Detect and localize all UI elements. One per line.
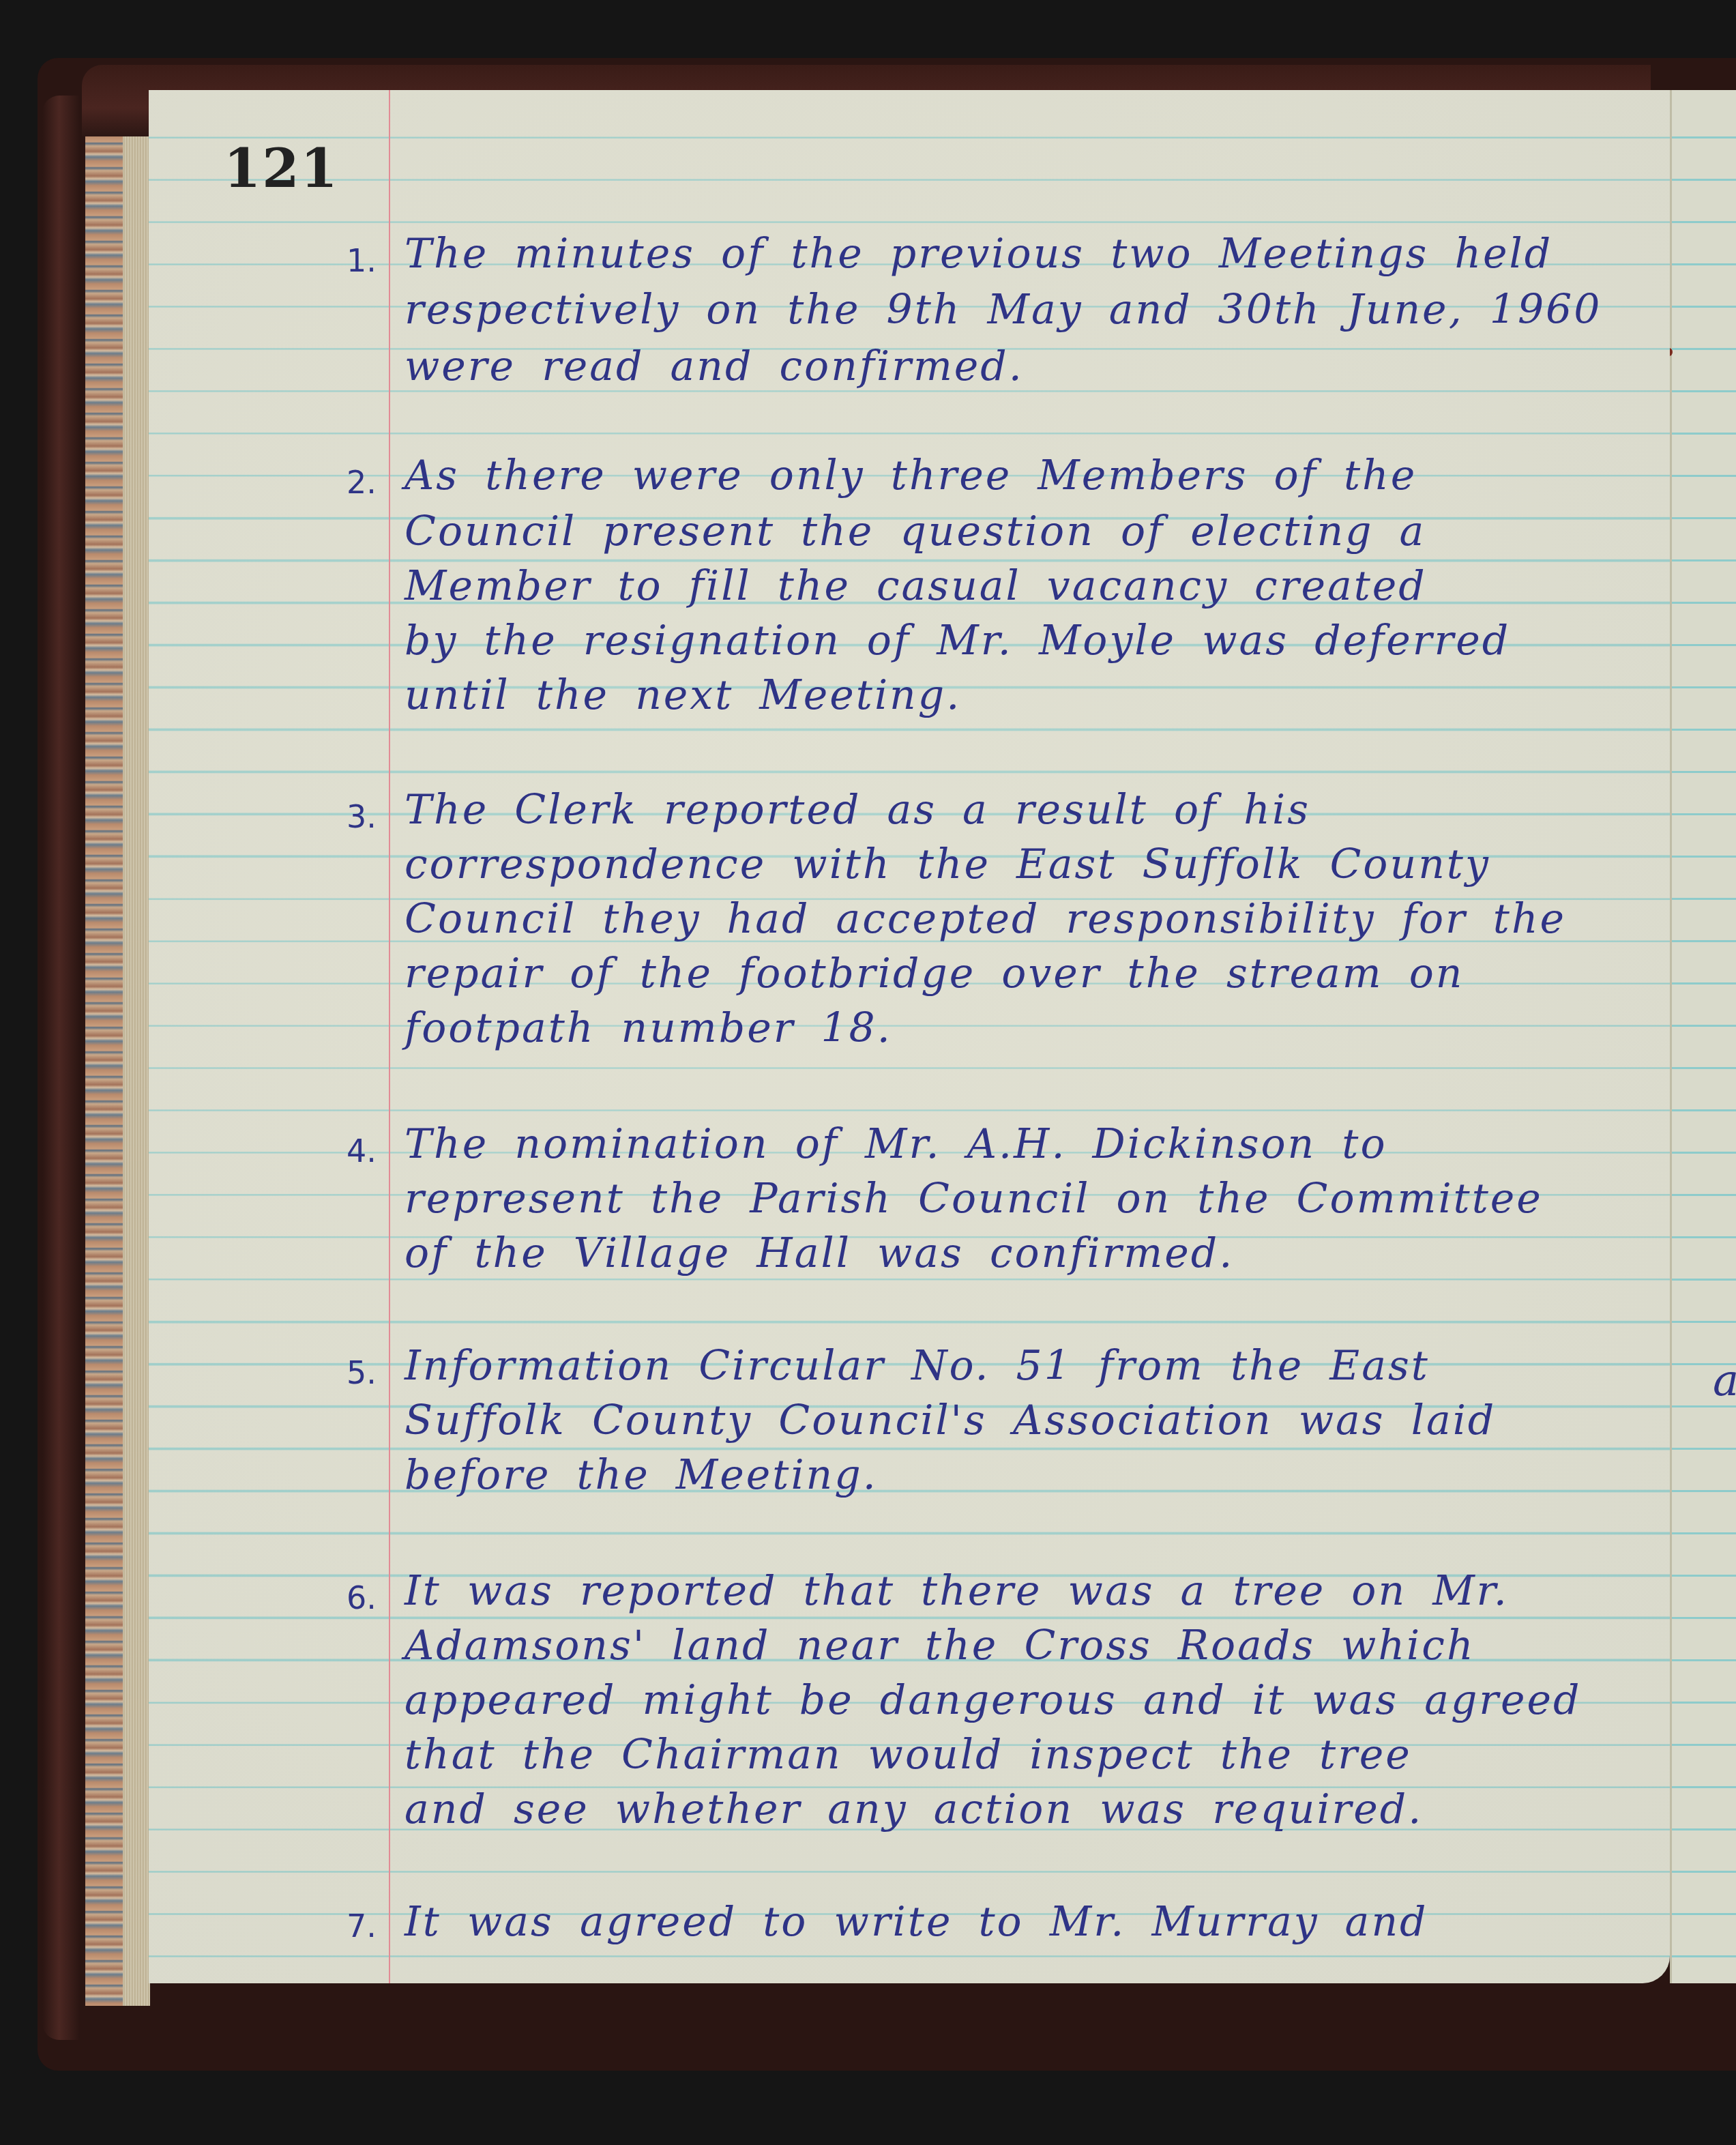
entry-line: before the Meeting.: [404, 1451, 878, 1499]
entry-line: As there were only three Members of the: [404, 452, 1417, 499]
entry-number: 6.: [347, 1579, 377, 1616]
entry-line: footpath number 18.: [404, 1004, 892, 1052]
entry-number: 5.: [347, 1354, 377, 1391]
entry-line: that the Chairman would inspect the tree: [404, 1731, 1412, 1779]
entry-number: 3.: [347, 798, 377, 835]
book-spine-edge: [42, 96, 80, 2040]
facing-page-text-fragment: a: [1713, 1356, 1736, 1406]
page-number: 121: [224, 138, 339, 200]
entry-line: Member to fill the casual vacancy create…: [404, 562, 1427, 610]
entry-line: represent the Parish Council on the Comm…: [404, 1175, 1543, 1223]
entry-number: 7.: [347, 1908, 377, 1944]
scanned-ledger-page: a 121 1. The minutes of the previous two…: [0, 0, 1736, 2145]
entry-line: Council they had accepted responsibility…: [404, 895, 1566, 943]
entry-line: Council present the question of electing…: [404, 508, 1426, 555]
entry-line: by the resignation of Mr. Moyle was defe…: [404, 617, 1510, 665]
entry-line: The nomination of Mr. A.H. Dickinson to: [404, 1120, 1387, 1168]
entry-line: It was agreed to write to Mr. Murray and: [404, 1898, 1428, 1946]
entry-number: 4.: [347, 1133, 377, 1169]
entry-line: and see whether any action was required.: [404, 1785, 1423, 1833]
entry-line: Adamsons' land near the Cross Roads whic…: [404, 1622, 1475, 1669]
entry-line: correspondence with the East Suffolk Cou…: [404, 841, 1490, 888]
entry-line: Suffolk County Council's Association was…: [404, 1397, 1496, 1444]
entry-line: of the Village Hall was confirmed.: [404, 1229, 1234, 1277]
entry-line: until the next Meeting.: [404, 671, 961, 719]
entry-line: Information Circular No. 51 from the Eas…: [404, 1342, 1430, 1390]
entry-line: were read and confirmed.: [404, 342, 1024, 390]
entry-number: 2.: [347, 464, 377, 501]
entry-line: It was reported that there was a tree on…: [404, 1567, 1509, 1615]
marbled-page-edges: [85, 136, 150, 2006]
facing-page: a: [1670, 90, 1736, 1983]
entry-line: The minutes of the previous two Meetings…: [404, 230, 1553, 278]
minutes-page: 121 1. The minutes of the previous two M…: [149, 90, 1670, 1983]
entry-line: repair of the footbridge over the stream…: [404, 950, 1465, 997]
entry-line: The Clerk reported as a result of his: [404, 786, 1310, 834]
entry-line: respectively on the 9th May and 30th Jun…: [404, 286, 1602, 334]
entry-number: 1.: [347, 242, 377, 279]
red-margin-line: [389, 90, 390, 1983]
entry-line: appeared might be dangerous and it was a…: [404, 1676, 1581, 1724]
